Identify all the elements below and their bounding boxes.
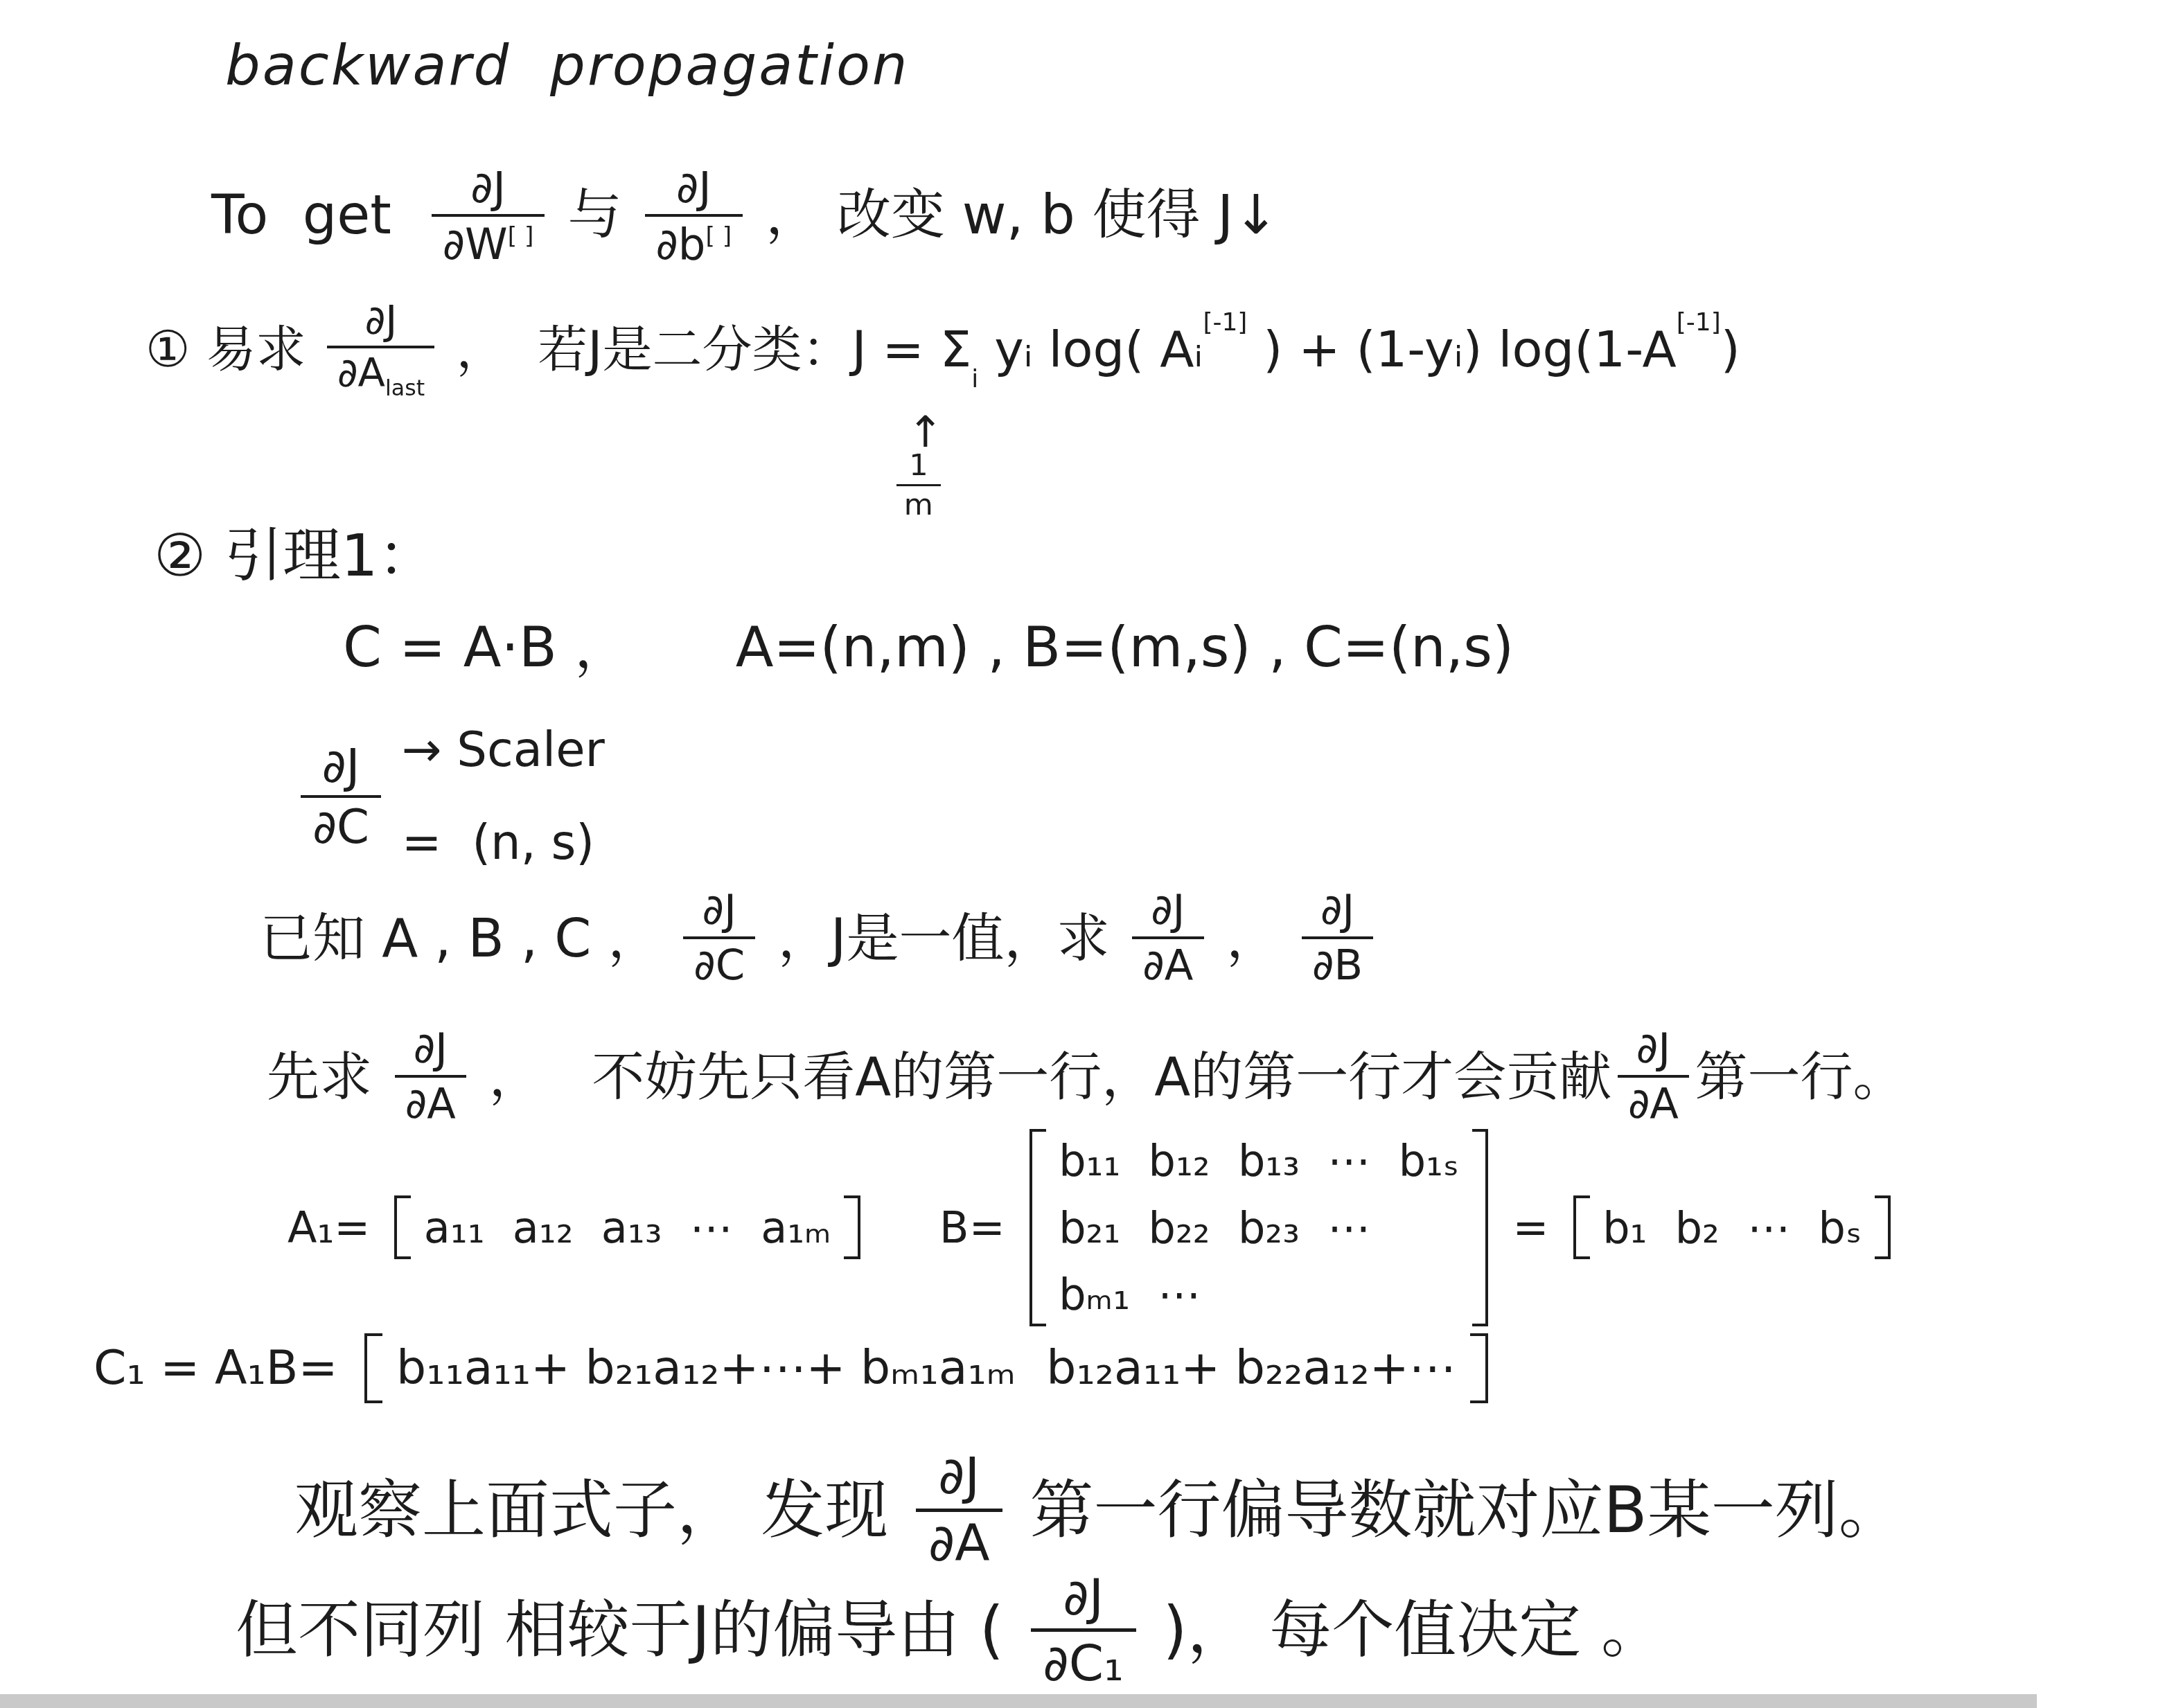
fraction-numerator: ∂J bbox=[403, 1025, 459, 1075]
matrix-cell: b₂₃ bbox=[1238, 1201, 1300, 1255]
text-run: ① 易求 bbox=[145, 318, 321, 380]
line-lemma-eq: C = A·B ， A=(n,m) , B=(m,s) , C=(n,s) bbox=[343, 613, 1514, 682]
fraction-numerator: ∂J bbox=[665, 163, 722, 214]
fraction-denominator: ∂W[ ] bbox=[432, 214, 545, 269]
fraction-denominator: ∂A bbox=[916, 1509, 1002, 1574]
text-run: ， bbox=[1210, 905, 1296, 971]
text-run: ) bbox=[1721, 318, 1740, 380]
matrix-bracket-right-icon bbox=[1472, 1129, 1489, 1326]
matrix-bracket-left-icon bbox=[394, 1195, 411, 1259]
matrix-bracket-right-icon bbox=[844, 1195, 860, 1259]
matrix-cell: b₁₂ bbox=[1149, 1134, 1210, 1188]
text-run: A₁= bbox=[288, 1201, 384, 1255]
line-djdc-shape: ∂J∂C→ Scaler= (n, s) bbox=[294, 720, 605, 873]
scanned-note-page: backward propagation To get ∂J∂W[ ] 与 ∂J… bbox=[0, 0, 2174, 1708]
matrix-bracket-right-icon bbox=[1470, 1333, 1488, 1403]
matrix-cell: bₛ bbox=[1819, 1201, 1862, 1255]
matrix-cell: b₁ bbox=[1602, 1201, 1647, 1255]
text-run: 先求 bbox=[267, 1044, 389, 1110]
fraction: ∂J∂C bbox=[301, 740, 380, 854]
matrix-body: a₁₁a₁₂a₁₃⋯a₁ₘ bbox=[424, 1195, 831, 1259]
line-conclude: 但不同列 相较于J的偏导由 ( ∂J∂C₁ )， 每个值决定 。 bbox=[236, 1569, 1663, 1692]
matrix-body: b₁₁b₁₂b₁₃⋯b₁ₛb₂₁b₂₂b₂₃⋯bₘ₁⋯ bbox=[1059, 1129, 1459, 1326]
text-run: 已知 A , B , C ， bbox=[260, 905, 678, 971]
text-run: 第一行。 bbox=[1695, 1044, 1906, 1110]
matrix-cell: b₁₃ bbox=[1238, 1134, 1300, 1188]
matrix-body: b₁b₂⋯bₛ bbox=[1602, 1195, 1862, 1259]
line-matrices: A₁= a₁₁a₁₂a₁₃⋯a₁ₘ B= b₁₁b₁₂b₁₃⋯b₁ₛb₂₁b₂₂… bbox=[288, 1129, 1902, 1326]
fraction: ∂J∂A bbox=[395, 1025, 466, 1129]
text-run: ，J是一值，求 bbox=[761, 905, 1126, 971]
text-run: ， 不妨先只看A的第一行，A的第一行才会贡献 bbox=[472, 1044, 1612, 1110]
text-run: ， 改变 w, b 使得 J↓ bbox=[748, 182, 1278, 250]
text-run: C = A·B ， A=(n,m) , B=(m,s) , C=(n,s) bbox=[343, 613, 1514, 682]
text-run: 第一行偏导数就对应B某一列。 bbox=[1009, 1470, 1902, 1550]
matrix-cell: ⋯ bbox=[690, 1201, 733, 1255]
matrix-cell: ⋯ bbox=[1747, 1201, 1790, 1255]
matrix-cell: a₁₁ bbox=[424, 1201, 485, 1255]
fraction: ∂J∂Alast bbox=[327, 298, 434, 401]
matrix-cell: b₂ bbox=[1675, 1201, 1720, 1255]
fraction-numerator: ∂J bbox=[691, 887, 747, 936]
fraction-numerator: ∂J bbox=[1140, 887, 1196, 936]
text-run: 但不同列 相较于J的偏导由 ( bbox=[236, 1592, 1023, 1670]
text-run: ， 若J是二分类：J = Σ bbox=[441, 318, 972, 380]
fraction-denominator: ∂b[ ] bbox=[645, 214, 743, 269]
text-run: 观察上面式子， 发现 bbox=[294, 1470, 909, 1550]
matrix: b₁₁a₁₁+ b₂₁a₁₂+⋯+ bₘ₁a₁ₘb₁₂a₁₁+ b₂₂a₁₂+⋯ bbox=[364, 1333, 1488, 1403]
fraction-numerator: ∂J bbox=[1626, 1025, 1681, 1075]
fraction-denominator: ∂Alast bbox=[327, 346, 434, 401]
matrix-row: bₘ₁⋯ bbox=[1059, 1267, 1459, 1322]
matrix-cell: ⋯ bbox=[1158, 1267, 1201, 1322]
fraction-denominator: ∂B bbox=[1302, 936, 1374, 990]
matrix-cell: a₁₃ bbox=[601, 1201, 662, 1255]
superscript: [ ] bbox=[705, 222, 732, 250]
matrix-cell: ⋯ bbox=[1327, 1134, 1370, 1188]
matrix-cell: a₁₂ bbox=[513, 1201, 574, 1255]
text-run: B= bbox=[872, 1201, 1019, 1255]
scan-edge-artifact bbox=[0, 1694, 2037, 1708]
fraction: ∂J∂C bbox=[683, 887, 755, 990]
text-run: C₁ = A₁B= bbox=[94, 1339, 353, 1398]
matrix-cell: b₁₂a₁₁+ b₂₂a₁₂+⋯ bbox=[1046, 1339, 1456, 1398]
matrix-cell: b₁ₛ bbox=[1399, 1134, 1459, 1188]
matrix-cell: ⋯ bbox=[1327, 1201, 1370, 1255]
matrix-cell: a₁ₘ bbox=[761, 1201, 831, 1255]
fraction-denominator: m bbox=[896, 484, 941, 522]
matrix-cell: b₁₁a₁₁+ b₂₁a₁₂+⋯+ bₘ₁a₁ₘ bbox=[396, 1339, 1016, 1398]
subscript: i bbox=[971, 364, 978, 395]
fraction-numerator: ∂J bbox=[355, 298, 407, 346]
fraction-numerator: ∂J bbox=[1310, 887, 1366, 936]
fraction-numerator: ∂J bbox=[1051, 1569, 1116, 1628]
matrix-row: b₁₁a₁₁+ b₂₁a₁₂+⋯+ bₘ₁a₁ₘb₁₂a₁₁+ b₂₂a₁₂+⋯ bbox=[396, 1339, 1456, 1398]
matrix-row: b₂₁b₂₂b₂₃⋯ bbox=[1059, 1201, 1459, 1255]
line-known: 已知 A , B , C ， ∂J∂C ，J是一值，求 ∂J∂A ， ∂J∂B bbox=[260, 887, 1379, 990]
stack-row: = (n, s) bbox=[402, 813, 595, 873]
fraction-denominator: ∂C₁ bbox=[1031, 1628, 1136, 1692]
matrix-cell: b₂₁ bbox=[1059, 1201, 1120, 1255]
fraction-numerator: ∂J bbox=[460, 163, 517, 214]
fraction-denominator: ∂C bbox=[683, 936, 755, 990]
matrix-row: b₁₁b₁₂b₁₃⋯b₁ₛ bbox=[1059, 1134, 1459, 1188]
matrix: b₁₁b₁₂b₁₃⋯b₁ₛb₂₁b₂₂b₂₃⋯bₘ₁⋯ bbox=[1029, 1129, 1489, 1326]
note-title: backward propagation bbox=[225, 33, 910, 98]
stack: → Scaler= (n, s) bbox=[402, 720, 605, 873]
fraction-denominator: ∂A bbox=[1618, 1075, 1689, 1129]
fraction: ∂J∂W[ ] bbox=[432, 163, 545, 269]
line-observe: 观察上面式子， 发现 ∂J∂A 第一行偏导数就对应B某一列。 bbox=[294, 1448, 1902, 1574]
matrix-bracket-left-icon bbox=[1573, 1195, 1590, 1259]
fraction: ∂J∂A bbox=[916, 1448, 1002, 1574]
fraction-denominator: ∂C bbox=[301, 795, 380, 854]
matrix: b₁b₂⋯bₛ bbox=[1573, 1195, 1891, 1259]
text-run: = bbox=[1499, 1201, 1562, 1255]
subscript: last bbox=[385, 375, 425, 400]
matrix-bracket-left-icon bbox=[1029, 1129, 1046, 1326]
matrix-bracket-right-icon bbox=[1875, 1195, 1891, 1259]
superscript: [-1] bbox=[1677, 307, 1721, 338]
fraction-numerator: ∂J bbox=[310, 740, 371, 795]
matrix-row: b₁b₂⋯bₛ bbox=[1602, 1201, 1862, 1255]
text-run: yᵢ log( Aᵢ bbox=[978, 318, 1203, 380]
line-first-row: 先求 ∂J∂A ， 不妨先只看A的第一行，A的第一行才会贡献∂J∂A第一行。 bbox=[267, 1025, 1906, 1129]
fraction: ∂J∂A bbox=[1618, 1025, 1689, 1129]
fraction-numerator: ∂J bbox=[926, 1448, 993, 1509]
superscript: [-1] bbox=[1203, 307, 1247, 338]
line-easy-to-get: ① 易求 ∂J∂Alast ， 若J是二分类：J = Σi yᵢ log( Aᵢ… bbox=[145, 298, 1740, 401]
fraction: 1m bbox=[896, 449, 941, 523]
superscript: [ ] bbox=[508, 222, 534, 250]
fraction-denominator: ∂A bbox=[395, 1075, 466, 1129]
line-c1: C₁ = A₁B= b₁₁a₁₁+ b₂₁a₁₂+⋯+ bₘ₁a₁ₘb₁₂a₁₁… bbox=[94, 1333, 1500, 1403]
fraction: ∂J∂A bbox=[1132, 887, 1203, 990]
fraction-denominator: ∂A bbox=[1132, 936, 1203, 990]
matrix-bracket-left-icon bbox=[364, 1333, 382, 1403]
text-run: )， 每个值决定 。 bbox=[1143, 1592, 1663, 1670]
matrix-body: b₁₁a₁₁+ b₂₁a₁₂+⋯+ bₘ₁a₁ₘb₁₂a₁₁+ b₂₂a₁₂+⋯ bbox=[396, 1333, 1456, 1403]
text-run: ) + (1-yᵢ) log(1-A bbox=[1247, 318, 1676, 380]
line-mean-frac: 1m bbox=[892, 449, 945, 523]
line-to-get: To get ∂J∂W[ ] 与 ∂J∂b[ ] ， 改变 w, b 使得 J↓ bbox=[211, 163, 1279, 269]
stack-row: → Scaler bbox=[402, 720, 605, 780]
matrix-cell: bₘ₁ bbox=[1059, 1267, 1130, 1322]
line-lemma-title: ② 引理1： bbox=[154, 519, 436, 592]
fraction: ∂J∂C₁ bbox=[1031, 1569, 1136, 1692]
fraction-numerator: 1 bbox=[901, 449, 935, 484]
matrix-row: a₁₁a₁₂a₁₃⋯a₁ₘ bbox=[424, 1201, 831, 1255]
matrix-cell: b₂₂ bbox=[1149, 1201, 1210, 1255]
fraction: ∂J∂b[ ] bbox=[645, 163, 743, 269]
text-run: ② 引理1： bbox=[154, 519, 436, 592]
text-run: To get bbox=[211, 182, 425, 250]
text-run: 与 bbox=[551, 182, 639, 250]
matrix: a₁₁a₁₂a₁₃⋯a₁ₘ bbox=[394, 1195, 860, 1259]
matrix-cell: b₁₁ bbox=[1059, 1134, 1120, 1188]
fraction: ∂J∂B bbox=[1302, 887, 1374, 990]
